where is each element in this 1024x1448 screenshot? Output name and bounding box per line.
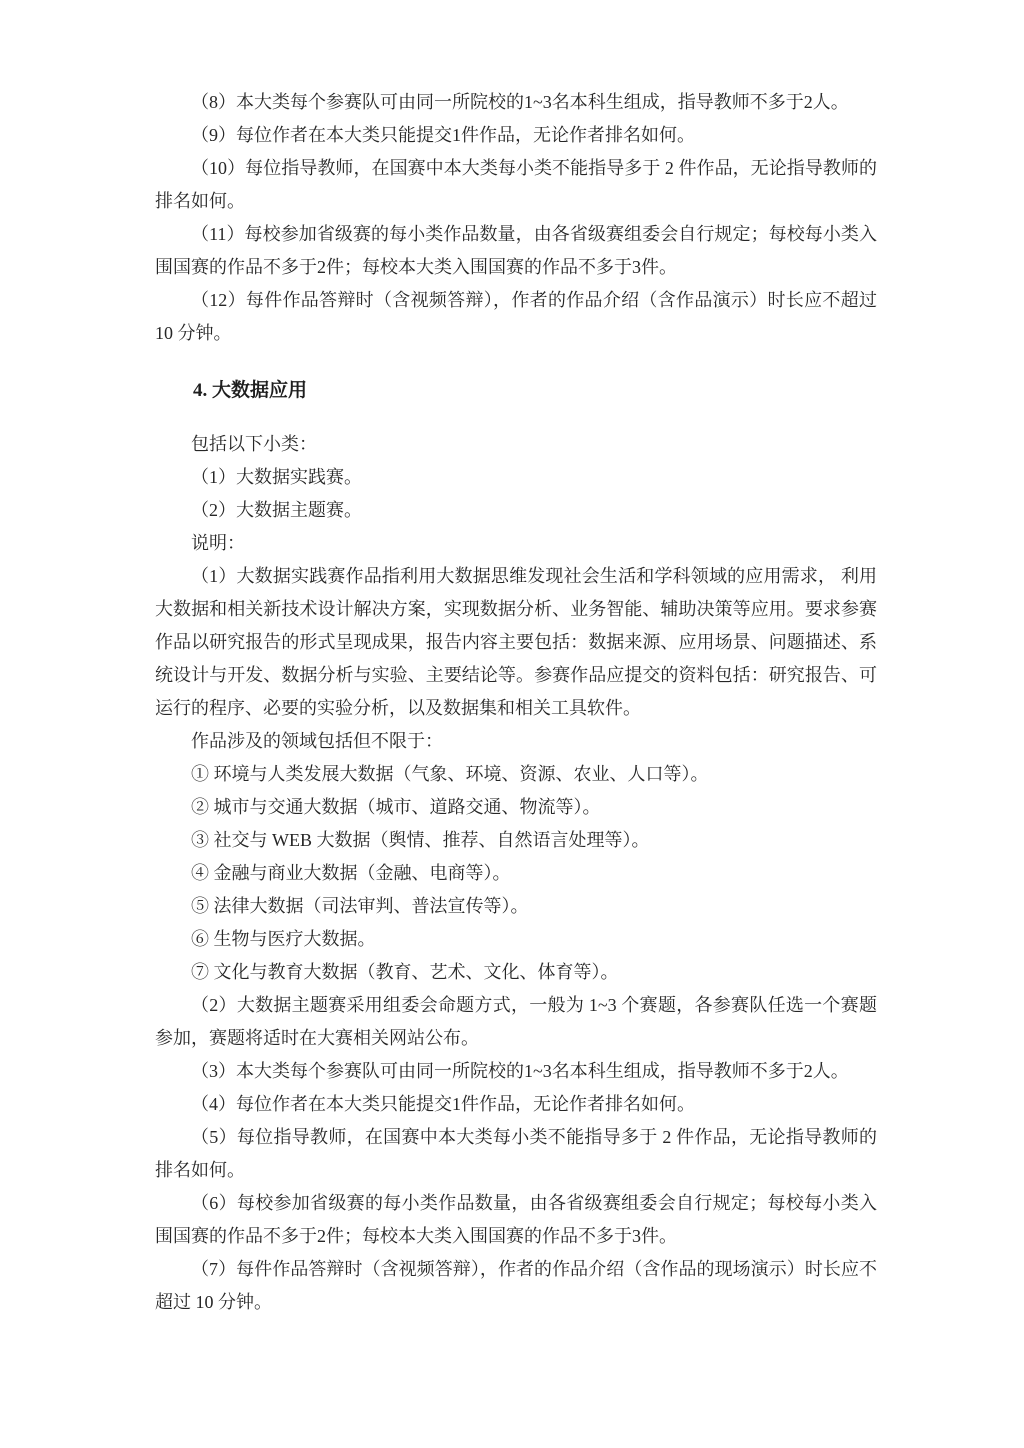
paragraph: （12）每件作品答辩时（含视频答辩），作者的作品介绍（含作品演示）时长应不超过 … bbox=[155, 284, 877, 350]
list-item: （1）大数据实践赛。 bbox=[155, 461, 877, 494]
list-item: ⑥ 生物与医疗大数据。 bbox=[155, 923, 877, 956]
paragraph: （7）每件作品答辩时（含视频答辩），作者的作品介绍（含作品的现场演示）时长应不超… bbox=[155, 1253, 877, 1319]
list-item: ④ 金融与商业大数据（金融、电商等）。 bbox=[155, 857, 877, 890]
list-item: ② 城市与交通大数据（城市、道路交通、物流等）。 bbox=[155, 791, 877, 824]
document-page: （8）本大类每个参赛队可由同一所院校的1~3名本科生组成，指导教师不多于2人。 … bbox=[0, 0, 1024, 1448]
paragraph: （10）每位指导教师，在国赛中本大类每小类不能指导多于 2 件作品，无论指导教师… bbox=[155, 152, 877, 218]
paragraph: 包括以下小类： bbox=[155, 428, 877, 461]
list-item: ⑤ 法律大数据（司法审判、普法宣传等）。 bbox=[155, 890, 877, 923]
list-item: ③ 社交与 WEB 大数据（舆情、推荐、自然语言处理等）。 bbox=[155, 824, 877, 857]
paragraph: 作品涉及的领域包括但不限于： bbox=[155, 725, 877, 758]
list-item: （2）大数据主题赛。 bbox=[155, 494, 877, 527]
paragraph: （4）每位作者在本大类只能提交1件作品，无论作者排名如何。 bbox=[155, 1088, 877, 1121]
paragraph: （3）本大类每个参赛队可由同一所院校的1~3名本科生组成，指导教师不多于2人。 bbox=[155, 1055, 877, 1088]
paragraph: （2）大数据主题赛采用组委会命题方式，一般为 1~3 个赛题，各参赛队任选一个赛… bbox=[155, 989, 877, 1055]
paragraph: （8）本大类每个参赛队可由同一所院校的1~3名本科生组成，指导教师不多于2人。 bbox=[155, 86, 877, 119]
paragraph: 说明： bbox=[155, 527, 877, 560]
paragraph: （11）每校参加省级赛的每小类作品数量，由各省级赛组委会自行规定；每校每小类入围… bbox=[155, 218, 877, 284]
paragraph: （1）大数据实践赛作品指利用大数据思维发现社会生活和学科领域的应用需求， 利用大… bbox=[155, 560, 877, 725]
list-item: ⑦ 文化与教育大数据（教育、艺术、文化、体育等）。 bbox=[155, 956, 877, 989]
list-item: ① 环境与人类发展大数据（气象、环境、资源、农业、人口等）。 bbox=[155, 758, 877, 791]
section-heading: 4. 大数据应用 bbox=[155, 374, 877, 407]
paragraph: （6）每校参加省级赛的每小类作品数量，由各省级赛组委会自行规定；每校每小类入围国… bbox=[155, 1187, 877, 1253]
paragraph: （9）每位作者在本大类只能提交1件作品，无论作者排名如何。 bbox=[155, 119, 877, 152]
paragraph: （5）每位指导教师，在国赛中本大类每小类不能指导多于 2 件作品，无论指导教师的… bbox=[155, 1121, 877, 1187]
